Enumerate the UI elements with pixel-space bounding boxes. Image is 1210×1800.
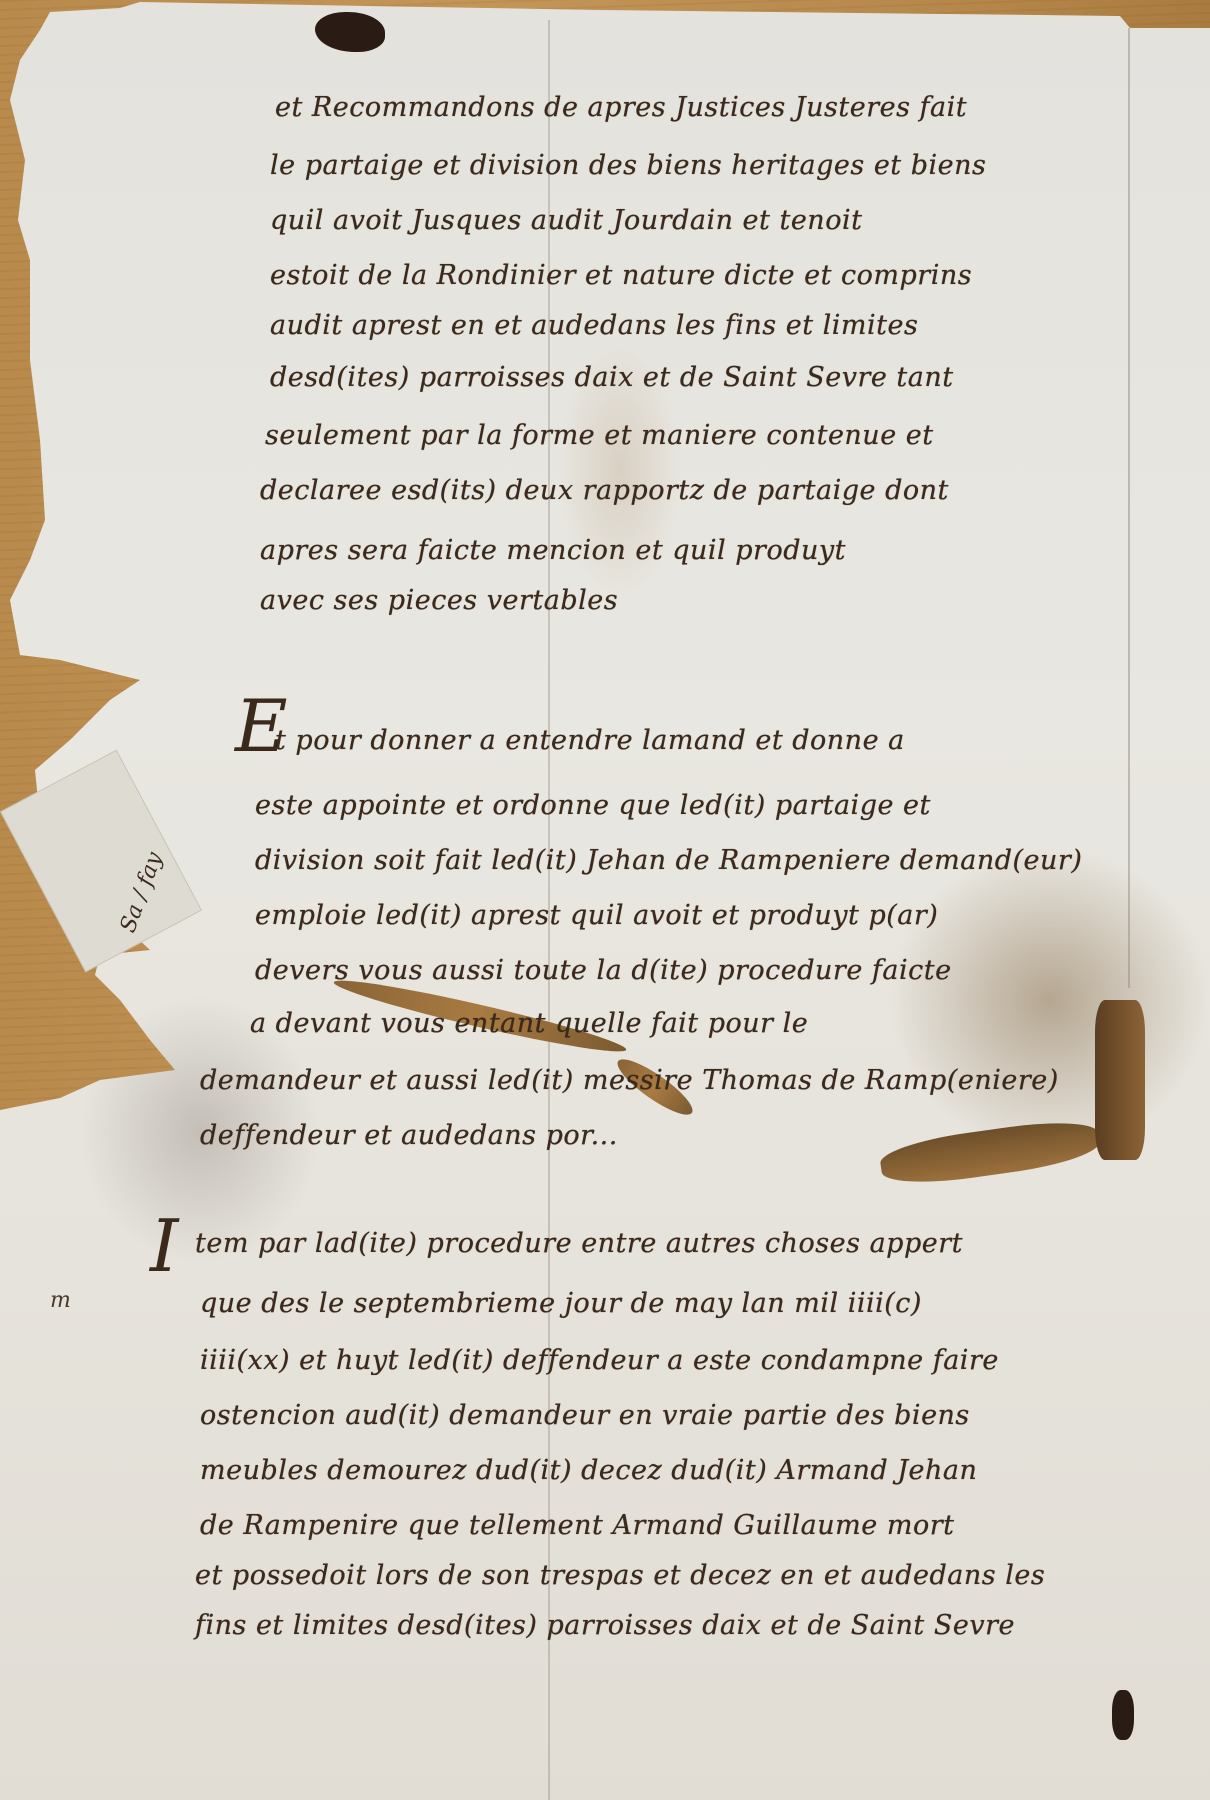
text-line: estoit de la Rondinier et nature dicte e…	[270, 260, 972, 291]
text-line: audit aprest en et audedans les fins et …	[270, 310, 918, 341]
text-line: emploie led(it) aprest quil avoit et pro…	[255, 900, 938, 931]
text-line: que des le septembrieme jour de may lan …	[200, 1288, 922, 1319]
text-line: et Recommandons de apres Justices Juster…	[275, 92, 967, 123]
text-line: fins et limites desd(ites) parroisses da…	[195, 1610, 1015, 1641]
text-line: quil avoit Jusques audit Jourdain et ten…	[270, 205, 862, 236]
margin-note: m	[50, 1288, 71, 1313]
tear-hole	[1095, 1000, 1145, 1160]
text-line: seulement par la forme et maniere conten…	[265, 420, 934, 451]
text-line: tem par lad(ite) procedure entre autres …	[195, 1228, 963, 1259]
text-line: declaree esd(its) deux rapportz de parta…	[260, 475, 949, 506]
text-line: devers vous aussi toute la d(ite) proced…	[255, 955, 952, 986]
text-line: division soit fait led(it) Jehan de Ramp…	[255, 845, 1082, 876]
text-line: a devant vous entant quelle fait pour le	[250, 1008, 808, 1039]
right-fold-edge	[1128, 28, 1130, 988]
text-line: deffendeur et audedans por...	[200, 1120, 618, 1151]
text-line: avec ses pieces vertables	[260, 585, 618, 616]
text-line: demandeur et aussi led(it) messire Thoma…	[200, 1065, 1059, 1096]
text-line: apres sera faicte mencion et quil produy…	[260, 535, 846, 566]
text-line: meubles demourez dud(it) decez dud(it) A…	[200, 1455, 977, 1486]
decorated-initial: I	[150, 1210, 178, 1282]
text-line: desd(ites) parroisses daix et de Saint S…	[270, 362, 954, 393]
ink-stain-bottom-right	[1112, 1690, 1134, 1740]
text-line: de Rampenire que tellement Armand Guilla…	[200, 1510, 954, 1541]
text-line: et possedoit lors de son trespas et dece…	[195, 1560, 1045, 1591]
text-line: iiii(xx) et huyt led(it) deffendeur a es…	[200, 1345, 999, 1376]
text-line: ostencion aud(it) demandeur en vraie par…	[200, 1400, 970, 1431]
text-line: este appointe et ordonne que led(it) par…	[255, 790, 931, 821]
text-line: t pour donner a entendre lamand et donne…	[275, 725, 905, 756]
text-line: le partaige et division des biens herita…	[270, 150, 986, 181]
